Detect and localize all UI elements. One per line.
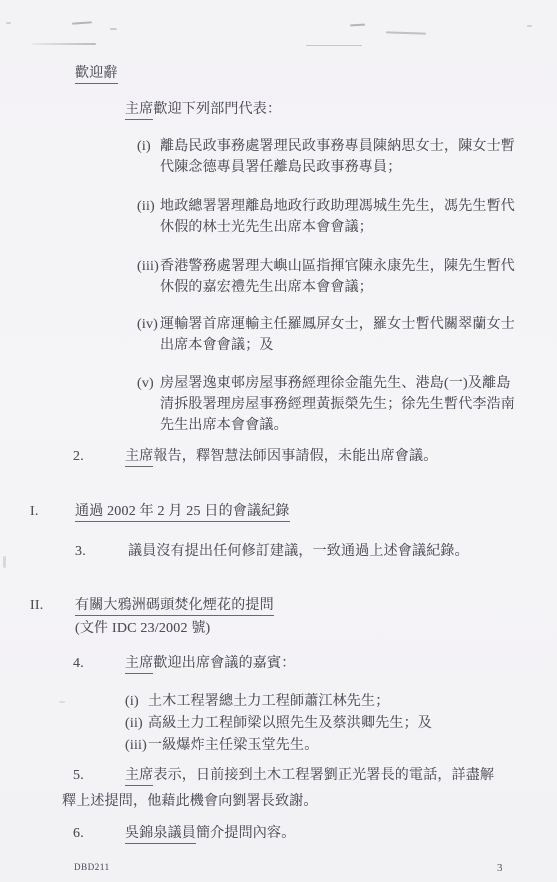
document-code: DBD211 bbox=[74, 857, 110, 878]
scan-artifact bbox=[350, 24, 365, 27]
list-item: (iii) 一級爆炸主任梁玉堂先生。 bbox=[125, 735, 525, 757]
item-text: 高級土力工程師梁以照先生及蔡洪卿先生；及 bbox=[148, 713, 432, 735]
para2-text: 報告，釋智慧法師因事請假，未能出席會議。 bbox=[153, 449, 437, 464]
para-number: 2. bbox=[73, 446, 84, 467]
para-number: 5. bbox=[73, 765, 84, 786]
chairman-label: 主席 bbox=[125, 449, 153, 467]
welcome-heading-text: 歡迎辭 bbox=[75, 66, 118, 84]
list-item: (iv) 運輸署首席運輸主任羅鳳屏女士，羅女士暫代關翠蘭女士出席本會會議；及 bbox=[137, 314, 515, 356]
scan-artifact bbox=[3, 556, 6, 568]
scan-artifact bbox=[32, 43, 96, 45]
para-text: 吳錦泉議員簡介提問內容。 bbox=[125, 823, 520, 844]
para-text: 主席歡迎出席會議的嘉賓： bbox=[125, 653, 520, 674]
item-marker: (iv) bbox=[137, 314, 160, 356]
item-marker: (i) bbox=[137, 136, 160, 178]
scan-artifact bbox=[527, 25, 532, 27]
doc-ref: (文件 IDC 23/2002 號) bbox=[75, 618, 515, 639]
guest-list: (i) 土木工程署總土力工程師蕭江林先生； (ii) 高級土力工程師梁以照先生及… bbox=[125, 691, 525, 757]
list-item: (iii) 香港警務處署理大嶼山區指揮官陳永康先生，陳先生暫代休假的嘉宏禮先生出… bbox=[137, 256, 515, 298]
item-text: 離島民政事務處署理民政事務專員陳納思女士，陳女士暫代陳念德專員署任離島民政事務專… bbox=[160, 136, 515, 178]
list-item: (ii) 高級土力工程師梁以照先生及蔡洪卿先生；及 bbox=[125, 713, 525, 735]
para-text: 議員沒有提出任何修訂建議，一致通過上述會議紀錄。 bbox=[128, 541, 523, 562]
member-name: 吳錦泉議員 bbox=[125, 826, 196, 844]
scan-artifact bbox=[386, 31, 426, 34]
item-text: 一級爆炸主任梁玉堂先生。 bbox=[148, 735, 318, 757]
section2-title-text: 有關大鴉洲碼頭焚化煙花的提問 bbox=[75, 598, 274, 616]
section1-title-text: 通過 2002 年 2 月 25 日的會議紀錄 bbox=[75, 504, 290, 522]
para4-text: 歡迎出席會議的嘉賓： bbox=[153, 656, 295, 671]
paragraph-5-line2: 釋上述提問，他藉此機會向劉署長致謝。 bbox=[62, 791, 522, 812]
item-marker: (ii) bbox=[137, 196, 160, 238]
item-text: 香港警務處署理大嶼山區指揮官陳永康先生，陳先生暫代休假的嘉宏禮先生出席本會會議； bbox=[160, 256, 515, 298]
intro-text: 歡迎下列部門代表： bbox=[153, 102, 281, 117]
scan-artifact bbox=[110, 28, 117, 30]
scan-artifact bbox=[72, 21, 92, 24]
chairman-label: 主席 bbox=[125, 102, 153, 120]
chairman-label: 主席 bbox=[125, 656, 153, 674]
para-text: 主席報告，釋智慧法師因事請假，未能出席會議。 bbox=[125, 446, 520, 467]
chairman-label: 主席 bbox=[125, 768, 153, 786]
item-text: 房屋署逸東邨房屋事務經理徐金龍先生、港島(一)及離島清拆股署理房屋事務經理黃振榮… bbox=[160, 373, 515, 436]
para-number: 4. bbox=[73, 653, 84, 674]
page-number: 3 bbox=[497, 858, 503, 879]
section-title: 通過 2002 年 2 月 25 日的會議紀錄 bbox=[75, 501, 515, 522]
para-text: 主席表示，日前接到土木工程署劉正光署長的電話，詳盡解 bbox=[125, 765, 520, 786]
list-item: (i) 離島民政事務處署理民政事務專員陳納思女士，陳女士暫代陳念德專員署任離島民… bbox=[137, 136, 515, 178]
para-number: 3. bbox=[75, 541, 86, 562]
item-text: 地政總署署理離島地政行政助理馮城生先生，馮先生暫代休假的林士光先生出席本會會議； bbox=[160, 196, 515, 238]
list-item: (v) 房屋署逸東邨房屋事務經理徐金龍先生、港島(一)及離島清拆股署理房屋事務經… bbox=[137, 373, 515, 436]
item-marker: (v) bbox=[137, 373, 160, 436]
section-numeral: II. bbox=[30, 595, 43, 616]
scan-artifact bbox=[6, 22, 11, 24]
para5-line1-text: 表示，日前接到土木工程署劉正光署長的電話，詳盡解 bbox=[153, 768, 494, 783]
section-title: 有關大鴉洲碼頭焚化煙花的提問 bbox=[75, 595, 515, 616]
list-item: (i) 土木工程署總土力工程師蕭江林先生； bbox=[125, 691, 525, 713]
scan-artifact bbox=[306, 45, 362, 46]
welcome-heading: 歡迎辭 bbox=[75, 63, 118, 84]
para6-text: 簡介提問內容。 bbox=[196, 826, 295, 841]
item-text: 土木工程署總土力工程師蕭江林先生； bbox=[148, 691, 389, 713]
item-marker: (iii) bbox=[125, 735, 148, 757]
item-marker: (i) bbox=[125, 691, 148, 713]
scan-artifact bbox=[59, 701, 65, 703]
item-marker: (ii) bbox=[125, 713, 148, 735]
section-numeral: I. bbox=[30, 501, 39, 522]
scanned-minutes-page: 歡迎辭 主席歡迎下列部門代表： (i) 離島民政事務處署理民政事務專員陳納思女士… bbox=[0, 0, 557, 882]
list-item: (ii) 地政總署署理離島地政行政助理馮城生先生，馮先生暫代休假的林士光先生出席… bbox=[137, 196, 515, 238]
item-text: 運輸署首席運輸主任羅鳳屏女士，羅女士暫代關翠蘭女士出席本會會議；及 bbox=[160, 314, 515, 356]
paragraph-intro-text: 主席歡迎下列部門代表： bbox=[125, 99, 520, 120]
para-number: 6. bbox=[73, 823, 84, 844]
item-marker: (iii) bbox=[137, 256, 160, 298]
